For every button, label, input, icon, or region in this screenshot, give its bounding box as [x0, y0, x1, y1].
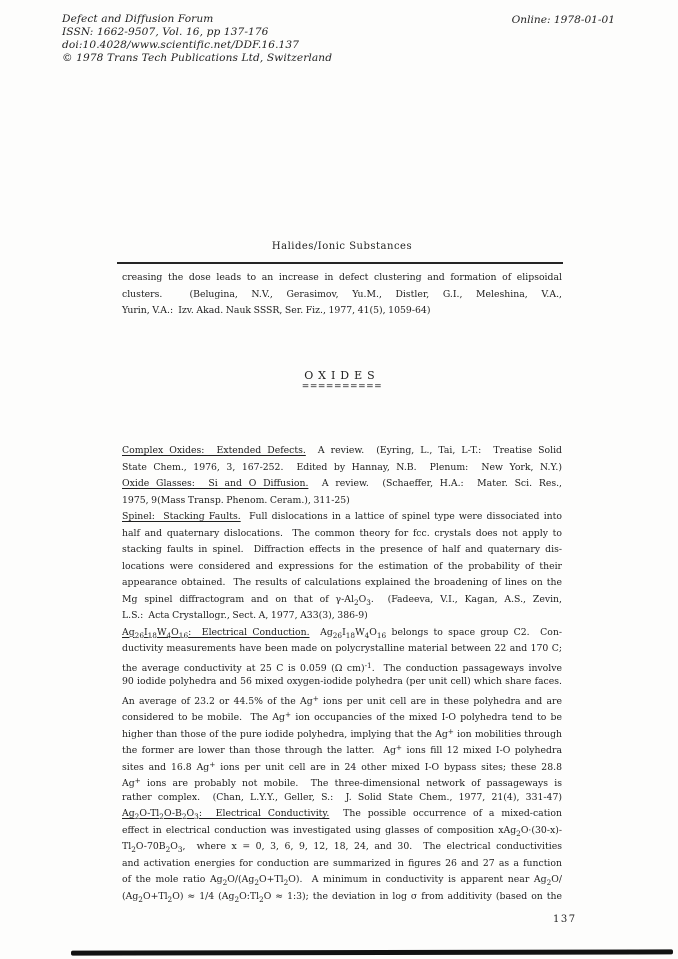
text-segment: of the mole ratio Ag [122, 874, 223, 885]
text-line: considered to be mobile. The Ag+ ion occ… [122, 707, 562, 724]
underlined-title: Spinel: Stacking Faults. [122, 511, 241, 522]
text-line: half and quaternary dislocations. The co… [122, 526, 562, 543]
text-line: effect in electrical conduction was inve… [122, 823, 562, 840]
text-segment: 16 [377, 630, 386, 639]
text-segment: 16 [179, 630, 188, 639]
text-segment: : Electrical Conduction. [188, 627, 309, 638]
text-line: 1975, 9(Mass Transp. Phenom. Ceram.), 31… [122, 493, 562, 510]
journal-title: Defect and Diffusion Forum [62, 13, 402, 26]
document-page: Defect and Diffusion Forum ISSN: 1662-95… [0, 0, 678, 959]
text-segment: half and quaternary dislocations. The co… [122, 528, 562, 539]
text-line: Yurin, V.A.: Izv. Akad. Nauk SSSR, Ser. … [122, 303, 562, 320]
text-segment: O+Tl [143, 891, 168, 902]
text-segment: -1 [365, 661, 372, 670]
text-segment: sites and 16.8 Ag [122, 762, 209, 773]
text-line: Complex Oxides: Extended Defects. A revi… [122, 443, 562, 460]
text-segment: ion mobilities through [454, 729, 562, 740]
text-line: State Chem., 1976, 3, 167-252. Edited by… [122, 460, 562, 477]
text-segment: ions per unit cell are in 24 other mixed… [215, 762, 562, 773]
text-segment: : Electrical Conductivity. [199, 808, 330, 819]
text-segment: creasing the dose leads to an increase i… [122, 272, 562, 283]
text-line: Mg spinel diffractogram and on that of γ… [122, 592, 562, 609]
underlined-title: Ag2O-Tl2O-B2O3: Electrical Conductivity. [122, 808, 329, 819]
text-segment: O·(30-x)- [521, 825, 562, 836]
oxides-heading: OXIDES ========== [122, 370, 562, 391]
text-segment: Ag [122, 627, 135, 638]
text-segment: O [369, 627, 377, 638]
text-segment: 26 [135, 630, 144, 639]
text-segment: higher than those of the pure iodide pol… [122, 729, 448, 740]
text-segment: 90 iodide polyhedra and 56 mixed oxygen-… [122, 676, 562, 687]
text-segment: considered to be mobile. The Ag [122, 712, 285, 723]
text-line: stacking faults in spinel. Diffraction e… [122, 542, 562, 559]
text-line: and activation energies for conduction a… [122, 856, 562, 873]
text-line: Ag26I18W4O16: Electrical Conduction. Ag2… [122, 625, 562, 642]
text-segment: clusters. (Belugina, N.V., Gerasimov, Yu… [122, 289, 562, 300]
header-rule [117, 262, 563, 264]
text-line: the average conductivity at 25 C is 0.05… [122, 658, 562, 675]
text-segment: Yurin, V.A.: Izv. Akad. Nauk SSSR, Ser. … [122, 305, 430, 316]
text-segment: 18 [346, 630, 355, 639]
text-segment: rather complex. (Chan, L.Y.Y., Geller, S… [122, 792, 562, 803]
text-segment: O [187, 808, 195, 819]
text-segment: A review. (Schaeffer, H.A.: Mater. Sci. … [308, 478, 562, 489]
text-segment: effect in electrical conduction was inve… [122, 825, 516, 836]
text-segment: O/ [551, 874, 562, 885]
text-segment: , where x = 0, 3, 6, 9, 12, 18, 24, and … [183, 841, 562, 852]
text-segment: The possible occurrence of a mixed-catio… [329, 808, 562, 819]
text-segment: . (Fadeeva, V.I., Kagan, A.S., Zevin, [371, 594, 562, 605]
text-segment: O-Tl [139, 808, 159, 819]
text-line: locations were considered and expression… [122, 559, 562, 576]
text-segment: O:Tl [239, 891, 259, 902]
text-line: ductivity measurements have been made on… [122, 641, 562, 658]
text-line: Ag2O-Tl2O-B2O3: Electrical Conductivity.… [122, 806, 562, 823]
text-line: (Ag2O+Tl2O) ≈ 1/4 (Ag2O:Tl2O ≈ 1:3); the… [122, 889, 562, 906]
text-segment: locations were considered and expression… [122, 561, 562, 572]
text-segment: O+Tl [259, 874, 284, 885]
text-segment: A review. (Eyring, L., Tai, L-T.: Treati… [306, 445, 562, 456]
page-number: 137 [553, 914, 577, 925]
text-line: An average of 23.2 or 44.5% of the Ag+ i… [122, 691, 562, 708]
text-segment: Oxide Glasses: Si and O Diffusion. [122, 478, 308, 489]
text-segment: Ag [122, 808, 135, 819]
journal-header: Defect and Diffusion Forum ISSN: 1662-95… [62, 13, 402, 65]
text-segment: (Ag [122, 891, 138, 902]
oxides-heading-title: OXIDES [122, 370, 562, 381]
text-segment: Ag [310, 627, 333, 638]
online-date: Online: 1978-01-01 [512, 14, 615, 26]
journal-issn: ISSN: 1662-9507, Vol. 16, pp 137-176 [62, 26, 402, 39]
text-line: L.S.: Acta Crystallogr., Sect. A, 1977, … [122, 608, 562, 625]
text-line: Tl2O-70B2O3, where x = 0, 3, 6, 9, 12, 1… [122, 839, 562, 856]
text-segment: O/(Ag [227, 874, 254, 885]
text-line: the former are lower than those through … [122, 740, 562, 757]
text-segment: ion occupancies of the mixed I-O polyhed… [291, 712, 562, 723]
text-segment: Complex Oxides: Extended Defects. [122, 445, 306, 456]
text-segment: O). A minimum in conductivity is apparen… [288, 874, 546, 885]
text-segment: Ag [122, 778, 135, 789]
text-line: Oxide Glasses: Si and O Diffusion. A rev… [122, 476, 562, 493]
text-segment: O-70B [136, 841, 166, 852]
text-line: sites and 16.8 Ag+ ions per unit cell ar… [122, 757, 562, 774]
text-segment: O) ≈ 1/4 (Ag [172, 891, 234, 902]
text-segment: ions per unit cell are in these polyhedr… [319, 696, 562, 707]
body-text: Complex Oxides: Extended Defects. A revi… [122, 443, 562, 905]
text-segment: belongs to space group C2. Con- [386, 627, 562, 638]
text-segment: O ≈ 1:3); the deviation in log σ from ad… [264, 891, 562, 902]
scan-edge-bar [71, 949, 673, 955]
text-line: appearance obtained. The results of calc… [122, 575, 562, 592]
intro-paragraph: creasing the dose leads to an increase i… [122, 270, 562, 320]
text-segment: O [170, 841, 178, 852]
text-line: creasing the dose leads to an increase i… [122, 270, 562, 287]
text-segment: the former are lower than those through … [122, 745, 396, 756]
text-segment: L.S.: Acta Crystallogr., Sect. A, 1977, … [122, 610, 368, 621]
text-line: rather complex. (Chan, L.Y.Y., Geller, S… [122, 790, 562, 807]
underlined-title: Oxide Glasses: Si and O Diffusion. [122, 478, 308, 489]
underlined-title: Complex Oxides: Extended Defects. [122, 445, 306, 456]
running-head: Halides/Ionic Substances [122, 241, 562, 252]
text-segment: O-B [164, 808, 182, 819]
underlined-title: Ag26I18W4O16: Electrical Conduction. [122, 627, 310, 638]
text-segment: the average conductivity at 25 C is 0.05… [122, 663, 365, 674]
text-segment: ions are probably not mobile. The three-… [141, 778, 562, 789]
text-line: Ag+ ions are probably not mobile. The th… [122, 773, 562, 790]
text-segment: Full dislocations in a lattice of spinel… [241, 511, 562, 522]
text-segment: stacking faults in spinel. Diffraction e… [122, 544, 562, 555]
text-line: higher than those of the pure iodide pol… [122, 724, 562, 741]
text-segment: 26 [333, 630, 342, 639]
text-segment: An average of 23.2 or 44.5% of the Ag [122, 696, 313, 707]
text-segment: State Chem., 1976, 3, 167-252. Edited by… [122, 462, 562, 473]
text-line: clusters. (Belugina, N.V., Gerasimov, Yu… [122, 287, 562, 304]
text-segment: appearance obtained. The results of calc… [122, 577, 562, 588]
text-segment: Mg spinel diffractogram and on that of γ… [122, 594, 354, 605]
text-segment: Spinel: Stacking Faults. [122, 511, 241, 522]
text-segment: 1975, 9(Mass Transp. Phenom. Ceram.), 31… [122, 495, 350, 506]
text-segment: and activation energies for conduction a… [122, 858, 562, 869]
journal-copyright: © 1978 Trans Tech Publications Ltd, Swit… [62, 52, 402, 65]
text-line: 90 iodide polyhedra and 56 mixed oxygen-… [122, 674, 562, 691]
text-segment: . The conduction passageways involve [372, 663, 562, 674]
text-line: Spinel: Stacking Faults. Full dislocatio… [122, 509, 562, 526]
text-segment: ductivity measurements have been made on… [122, 643, 562, 654]
journal-doi: doi:10.4028/www.scientific.net/DDF.16.13… [62, 39, 402, 52]
oxides-heading-underline: ========== [122, 384, 562, 391]
text-segment: ions fill 12 mixed I-O polyhedra [402, 745, 562, 756]
text-segment: 18 [148, 630, 157, 639]
text-segment: Tl [122, 841, 131, 852]
text-segment: W [355, 627, 365, 638]
text-segment: O [171, 627, 179, 638]
text-segment: W [157, 627, 167, 638]
text-line: of the mole ratio Ag2O/(Ag2O+Tl2O). A mi… [122, 872, 562, 889]
